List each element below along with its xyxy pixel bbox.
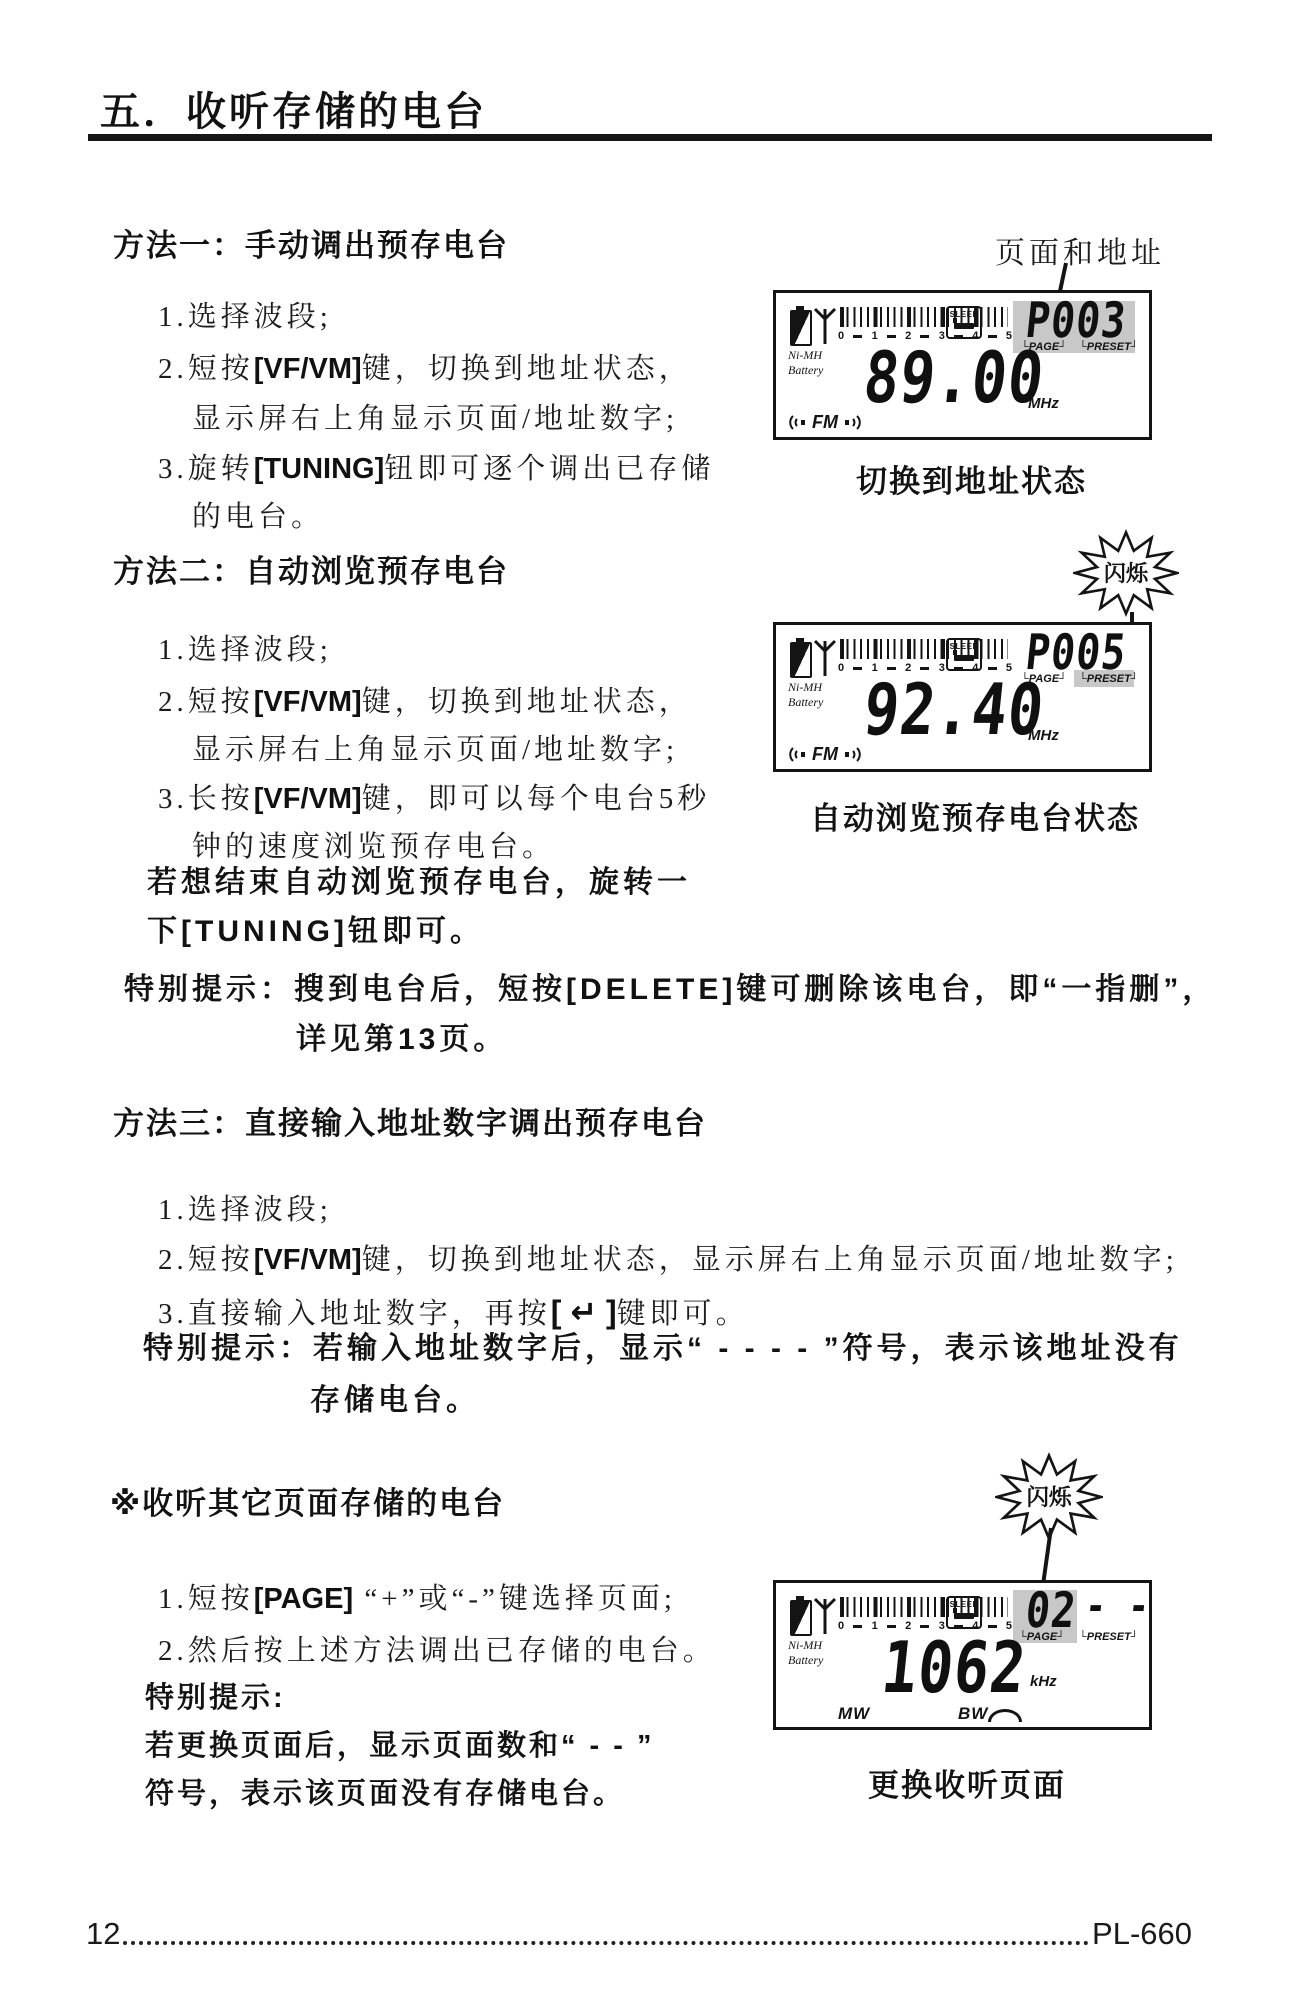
tip1-line1: 特别提示：搜到电台后，短按[DELETE]键可删除该电台，即“一指删”， bbox=[124, 964, 1216, 1008]
bandwidth-arc-icon bbox=[988, 1709, 1022, 1722]
method1-step3-cont: 的电台。 bbox=[147, 468, 324, 535]
page-section-step2: 2.然后按上述方法调出已存储的电台。 bbox=[113, 1602, 716, 1669]
flash-label: 闪烁 bbox=[1104, 561, 1149, 586]
meter-number: 1 bbox=[872, 1620, 878, 1632]
battery-icon bbox=[790, 1600, 812, 1636]
page-footer: 12 PL-660 bbox=[86, 1916, 1192, 1952]
sleep-icon: SLEEP bbox=[946, 306, 982, 339]
page-section-heading: ※收听其它页面存储的电台 bbox=[110, 1478, 505, 1523]
title-rule bbox=[88, 134, 1212, 141]
frequency-unit: kHz bbox=[1030, 1673, 1057, 1690]
figure2-caption: 自动浏览预存电台状态 bbox=[810, 793, 1140, 838]
battery-type-line2: Battery bbox=[788, 1653, 823, 1668]
lcd-display-1: 012345 SLEEP Ni-MH Battery P003 └PAGE┘ └… bbox=[773, 290, 1152, 440]
speaker-right-icon bbox=[842, 414, 864, 431]
figure1-caption: 切换到地址状态 bbox=[856, 456, 1087, 501]
method1-heading: 方法一：手动调出预存电台 bbox=[113, 220, 509, 265]
preset-bracket-label: └PRESET┘ bbox=[1079, 1631, 1139, 1643]
battery-type-line1: Ni-MH bbox=[788, 1638, 823, 1653]
page-tip-heading: 特别提示: bbox=[145, 1675, 286, 1716]
sleep-icon: SLEEP bbox=[946, 638, 982, 671]
figure3-caption: 更换收听页面 bbox=[868, 1760, 1066, 1805]
tip2-line2: 存储电台。 bbox=[310, 1375, 480, 1419]
step-text: 2.然后按上述方法调出已存储的电台。 bbox=[158, 1635, 716, 1667]
battery-type-line1: Ni-MH bbox=[788, 348, 823, 363]
battery-type-label: Ni-MH Battery bbox=[788, 1638, 823, 1668]
meter-tick-icon bbox=[853, 1625, 862, 1628]
signal-meter-icon bbox=[840, 1597, 1008, 1617]
battery-type-line2: Battery bbox=[788, 695, 823, 710]
sleep-icon: SLEEP bbox=[946, 1596, 982, 1629]
method3-heading: 方法三：直接输入地址数字调出预存电台 bbox=[113, 1098, 707, 1143]
antenna-icon bbox=[812, 307, 838, 345]
sleep-bar-icon bbox=[954, 655, 974, 661]
frequency-unit: MHz bbox=[1028, 727, 1059, 744]
band-label: FM bbox=[812, 412, 838, 433]
antenna-icon bbox=[812, 1597, 838, 1635]
figure1-callout: 页面和地址 bbox=[995, 228, 1165, 272]
band-row: FM bbox=[786, 744, 864, 765]
page-tip-line2: 符号，表示该页面没有存储电台。 bbox=[145, 1771, 625, 1812]
antenna-icon bbox=[812, 639, 838, 677]
footer-model: PL-660 bbox=[1092, 1916, 1192, 1952]
battery-type-label: Ni-MH Battery bbox=[788, 348, 823, 378]
empty-preset-dashes: - - bbox=[1083, 1582, 1153, 1631]
speaker-right-icon bbox=[842, 746, 864, 763]
footer-dotted-leader bbox=[123, 1940, 1089, 1945]
flash-starburst: 闪烁 bbox=[1073, 527, 1179, 619]
frequency-digits: 92.40 bbox=[860, 668, 1048, 751]
meter-number: 0 bbox=[838, 1620, 844, 1632]
method3-step3: 3.直接输入地址数字，再按[ ↵ ]键即可。 bbox=[113, 1261, 749, 1332]
battery-type-label: Ni-MH Battery bbox=[788, 680, 823, 710]
footer-page-number: 12 bbox=[86, 1916, 120, 1952]
meter-tick-icon bbox=[853, 335, 862, 338]
method2-note-line2: 下[TUNING]钮即可。 bbox=[147, 906, 484, 950]
sleep-bar-icon bbox=[954, 323, 974, 329]
flash-label: 闪烁 bbox=[1026, 1484, 1073, 1510]
manual-page: 五．收听存储的电台 方法一：手动调出预存电台 1.选择波段; 2.短按[VF/V… bbox=[0, 0, 1299, 2007]
tip2-line1: 特别提示：若输入地址数字后，显示“ - - - - ”符号，表示该地址没有 bbox=[143, 1323, 1183, 1367]
meter-tick-icon bbox=[853, 667, 862, 670]
lcd-display-3: 012345 SLEEP Ni-MH Battery 02 - - └PAGE┘… bbox=[773, 1580, 1152, 1730]
page-tip-line1: 若更换页面后，显示页面数和“ - - ” bbox=[145, 1723, 655, 1764]
battery-type-line1: Ni-MH bbox=[788, 680, 823, 695]
band-row: FM bbox=[786, 412, 864, 433]
band-label: FM bbox=[812, 744, 838, 765]
sleep-bar-icon bbox=[954, 1613, 974, 1619]
battery-icon bbox=[790, 642, 812, 678]
battery-icon bbox=[790, 310, 812, 346]
frequency-unit: MHz bbox=[1028, 395, 1059, 412]
band-mw-label: MW bbox=[838, 1704, 870, 1724]
preset-bracket-label: └PRESET┘ bbox=[1079, 341, 1139, 353]
frequency-digits: 1062 bbox=[878, 1626, 1030, 1709]
frequency-digits: 89.00 bbox=[860, 336, 1048, 419]
preset-bracket-label: └PRESET┘ bbox=[1079, 673, 1139, 685]
method2-step3-cont: 钟的速度浏览预存电台。 bbox=[147, 798, 555, 865]
step-text: 的电台。 bbox=[192, 501, 324, 533]
band-bw-label: BW bbox=[958, 1704, 988, 1724]
page-title: 五．收听存储的电台 bbox=[100, 80, 487, 137]
meter-number: 0 bbox=[838, 330, 844, 342]
battery-type-line2: Battery bbox=[788, 363, 823, 378]
tip1-line2: 详见第13页。 bbox=[296, 1014, 507, 1058]
lcd-display-2: 012345 SLEEP Ni-MH Battery P005 └PAGE┘ └… bbox=[773, 622, 1152, 772]
meter-number: 0 bbox=[838, 662, 844, 674]
speaker-left-icon bbox=[786, 746, 808, 763]
signal-meter-icon bbox=[840, 639, 1008, 659]
method2-heading: 方法二：自动浏览预存电台 bbox=[113, 546, 509, 591]
method2-note-line1: 若想结束自动浏览预存电台，旋转一 bbox=[147, 857, 691, 901]
signal-meter-icon bbox=[840, 307, 1008, 327]
speaker-left-icon bbox=[786, 414, 808, 431]
step-text: 钮即可逐个调出已存储 bbox=[384, 453, 714, 485]
